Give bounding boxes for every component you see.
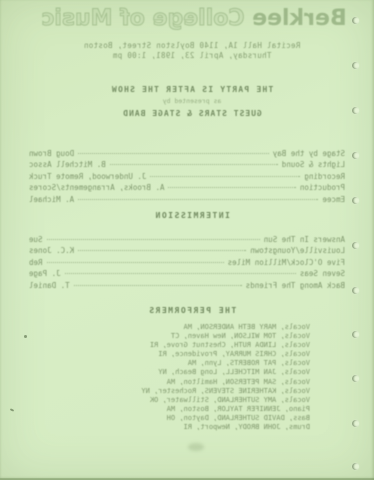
dotted-leader [150, 176, 300, 177]
performer-line: Vocals, SAM PETERSON, Hamilton, MA [64, 378, 310, 387]
masthead-word-berklee: Berklee [252, 6, 347, 31]
credits-list: Stage by the BayDoug Brown Lights & Soun… [29, 149, 345, 206]
program-list: Answers In The SunSue Louisville/Youngst… [29, 235, 345, 292]
credit-name: J. Underwood, Remote Truck [29, 172, 146, 181]
dotted-leader [74, 285, 242, 286]
performer-line: Piano, JENNIFER TAYLOR, Boston, MA [64, 405, 310, 414]
credit-role: Production [300, 183, 345, 192]
dotted-leader [78, 250, 246, 251]
song-title: Back Among The Friends [246, 281, 345, 290]
scanned-program-page: Berklee College of Music Recital Hall 1A… [0, 0, 374, 480]
paper-speck [24, 335, 27, 338]
dotted-leader [78, 199, 318, 200]
credit-role: Emcee [322, 195, 345, 204]
performer-name: K.C. Jones [29, 246, 74, 255]
punch-hole [352, 375, 359, 382]
punch-hole [352, 107, 359, 114]
punch-hole [352, 152, 359, 159]
program-row: Answers In The SunSue [29, 235, 345, 246]
concert-subtitle: as presented by [10, 97, 374, 105]
punch-hole [352, 287, 359, 294]
performer-name: Sue [29, 235, 43, 244]
performers-block: Vocals, MARY BETH ANDERSON, MA Vocals, T… [64, 323, 310, 432]
credit-name: Doug Brown [29, 149, 74, 158]
dotted-leader [47, 239, 260, 240]
credit-role: Recording [304, 172, 345, 181]
punch-hole [352, 463, 359, 470]
venue-datetime: Thursday, April 23, 1981, 1:00 pm [10, 51, 374, 61]
dotted-leader [47, 262, 224, 263]
mirrored-text-layer: Berklee College of Music Recital Hall 1A… [0, 0, 374, 480]
performer-line: Vocals, PAT ROBERTS, Lynn, MA [64, 359, 310, 368]
credits-row: EmceeA. Michael [29, 195, 345, 206]
credit-name: B. Mitchell Assoc [29, 160, 106, 169]
dotted-leader [65, 273, 296, 274]
punch-hole [352, 331, 359, 338]
punch-hole [352, 17, 359, 24]
concert-presenters: GUEST STARS & STAGE BAND [10, 109, 374, 118]
song-title: Seven Seas [300, 269, 345, 278]
performer-line: Vocals, JAN MITCHELL, Long Beach, NY [64, 368, 310, 377]
dotted-leader [168, 187, 295, 188]
program-row: Seven SeasJ. Page [29, 269, 345, 280]
program-row: Louisville/YoungstownK.C. Jones [29, 246, 345, 257]
paper-smudge [188, 443, 204, 451]
venue-address: Recital Hall 1A, 1140 Boylston Street, B… [10, 41, 374, 51]
punch-hole [352, 62, 359, 69]
performer-line: Vocals, KATHERINE STEVENS, Rochester, NY [64, 387, 310, 396]
performer-line: Vocals, AMY SUTHERLAND, Stillwater, OK [64, 396, 310, 405]
credits-row: Stage by the BayDoug Brown [29, 149, 345, 160]
punch-hole [352, 420, 359, 427]
punch-hole [352, 242, 359, 249]
program-row: Back Among The FriendsT. Daniel [29, 281, 345, 292]
punch-hole [352, 197, 359, 204]
credit-name: A. Brooks, Arrangements/Scores [29, 183, 164, 192]
credits-row: ProductionA. Brooks, Arrangements/Scores [29, 183, 345, 194]
intermission-heading: INTERMISSION [10, 211, 374, 220]
credits-row: RecordingJ. Underwood, Remote Truck [29, 172, 345, 183]
performer-line: Vocals, CHRIS MURRAY, Providence, RI [64, 350, 310, 359]
performer-line: Drums, JOHN BRODY, Newport, RI [64, 423, 310, 432]
performer-line: Vocals, MARY BETH ANDERSON, MA [64, 323, 310, 332]
performers-heading: THE PERFORMERS [10, 306, 374, 315]
concert-title: THE PARTY IS AFTER THE SHOW [10, 85, 374, 94]
performer-line: Bass, DAVID SUTHERLAND, Dayton, OH [64, 414, 310, 423]
masthead-words-college-of-music: College of Music [41, 6, 252, 31]
credit-name: A. Michael [29, 195, 74, 204]
performer-line: Vocals, LINDA RUTH, Chestnut Grove, RI [64, 341, 310, 350]
college-masthead: Berklee College of Music [14, 6, 374, 31]
performer-name: Reb [29, 258, 43, 267]
performer-name: J. Page [29, 269, 61, 278]
dotted-leader [110, 164, 278, 165]
song-title: Five O'Clock/Million Miles [228, 258, 345, 267]
performer-line: Vocals, TOM WILSON, New Haven, CT [64, 332, 310, 341]
performer-name: T. Daniel [29, 281, 70, 290]
credits-row: Lights & SoundB. Mitchell Assoc [29, 160, 345, 171]
song-title: Answers In The Sun [264, 235, 345, 244]
venue-block: Recital Hall 1A, 1140 Boylston Street, B… [10, 41, 374, 61]
credit-role: Lights & Sound [282, 160, 345, 169]
dotted-leader [78, 153, 269, 154]
credit-role: Stage by the Bay [273, 149, 345, 158]
concert-title-block: THE PARTY IS AFTER THE SHOW as presented… [10, 85, 374, 118]
song-title: Louisville/Youngstown [250, 246, 345, 255]
program-row: Five O'Clock/Million MilesReb [29, 258, 345, 269]
